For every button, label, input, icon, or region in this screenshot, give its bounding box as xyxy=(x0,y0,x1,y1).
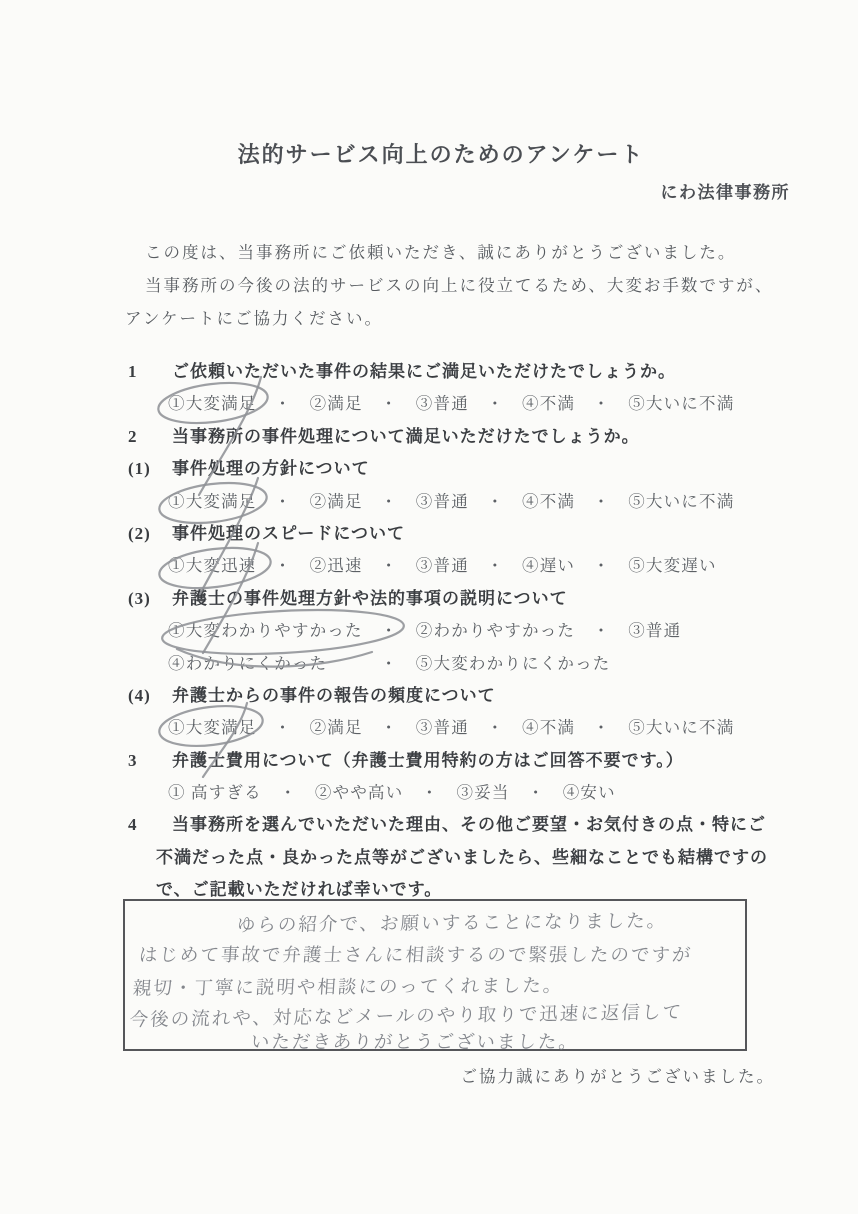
question-2-4-heading: (4)弁護士からの事件の報告の頻度について xyxy=(0,680,818,712)
free-response-box: ゆらの紹介で、お願いすることになりました。 はじめて事故で弁護士さんに相談するの… xyxy=(123,899,747,1051)
question-1-heading: 1ご依頼いただいた事件の結果にご満足いただけたでしょうか。 xyxy=(0,356,818,388)
subquestion-text: 事件処理のスピードについて xyxy=(172,524,405,543)
intro-paragraph: この度は、当事務所にご依頼いただき、誠にありがとうございました。 当事務所の今後… xyxy=(125,236,798,335)
intro-line: アンケートにご協力ください。 xyxy=(125,302,798,335)
subquestion-number: (2) xyxy=(128,518,172,550)
question-number: 3 xyxy=(128,745,172,777)
page-title: 法的サービス向上のためのアンケート xyxy=(12,138,858,169)
question-2-1-heading: (1)事件処理の方針について xyxy=(0,453,818,485)
question-2-3-options-row1: ①大変わかりやすかった ・ ②わかりやすかった ・ ③普通 xyxy=(0,615,818,647)
handwritten-line: 親切・丁寧に説明や相談にのってくれました。 xyxy=(132,971,564,1000)
handwritten-line: 今後の流れや、対応などメールのやり取りで迅速に返信して xyxy=(129,998,684,1032)
question-text: 当事務所を選んでいただいた理由、その他ご要望・お気付きの点・特にご xyxy=(172,815,766,834)
question-text: 当事務所の事件処理について満足いただけたでしょうか。 xyxy=(172,427,640,446)
subquestion-text: 弁護士の事件処理方針や法的事項の説明について xyxy=(172,589,568,608)
closing-note: ご協力誠にありがとうございました。 xyxy=(461,1063,776,1087)
question-text: 弁護士費用について（弁護士費用特約の方はご回答不要です。） xyxy=(172,751,684,770)
question-4-text-line: 不満だった点・良かった点等がございましたら、些細なことでも結構ですの xyxy=(0,842,818,874)
question-list: 1ご依頼いただいた事件の結果にご満足いただけたでしょうか。 ①大変満足 ・ ②満… xyxy=(0,356,818,907)
question-3-options: ① 高すぎる ・ ②やや高い ・ ③妥当 ・ ④安い xyxy=(0,777,818,809)
intro-line: この度は、当事務所にご依頼いただき、誠にありがとうございました。 xyxy=(125,236,798,269)
question-number: 1 xyxy=(128,356,172,388)
subquestion-text: 弁護士からの事件の報告の頻度について xyxy=(172,686,496,705)
question-2-3-heading: (3)弁護士の事件処理方針や法的事項の説明について xyxy=(0,583,818,615)
question-number: 4 xyxy=(128,809,172,841)
handwritten-line: ゆらの紹介で、お願いすることになりました。 xyxy=(236,907,668,938)
question-2-2-heading: (2)事件処理のスピードについて xyxy=(0,518,818,550)
handwritten-line: いただきありがとうございました。 xyxy=(250,1028,580,1054)
question-1-options: ①大変満足 ・ ②満足 ・ ③普通 ・ ④不満 ・ ⑤大いに不満 xyxy=(0,388,818,420)
handwritten-line: はじめて事故で弁護士さんに相談するので緊張したのですが xyxy=(138,941,693,967)
question-4-heading: 4当事務所を選んでいただいた理由、その他ご要望・お気付きの点・特にご xyxy=(0,809,818,841)
question-2-2-options: ①大変迅速 ・ ②迅速 ・ ③普通 ・ ④遅い ・ ⑤大変遅い xyxy=(0,550,818,582)
question-text: ご依頼いただいた事件の結果にご満足いただけたでしょうか。 xyxy=(172,362,676,381)
question-number: 2 xyxy=(128,421,172,453)
subquestion-number: (4) xyxy=(128,680,172,712)
question-2-3-options-row2: ④わかりにくかった ・ ⑤大変わかりにくかった xyxy=(0,648,818,680)
question-2-1-options: ①大変満足 ・ ②満足 ・ ③普通 ・ ④不満 ・ ⑤大いに不満 xyxy=(0,486,818,518)
subquestion-text: 事件処理の方針について xyxy=(172,459,370,478)
intro-line: 当事務所の今後の法的サービスの向上に役立てるため、大変お手数ですが、 xyxy=(125,269,798,302)
question-3-heading: 3弁護士費用について（弁護士費用特約の方はご回答不要です。） xyxy=(0,745,818,777)
subquestion-number: (1) xyxy=(128,453,172,485)
question-2-4-options: ①大変満足 ・ ②満足 ・ ③普通 ・ ④不満 ・ ⑤大いに不満 xyxy=(0,712,818,744)
office-name: にわ法律事務所 xyxy=(661,178,791,203)
subquestion-number: (3) xyxy=(128,583,172,615)
survey-document: 法的サービス向上のためのアンケート にわ法律事務所 この度は、当事務所にご依頼い… xyxy=(0,0,858,1214)
question-2-heading: 2当事務所の事件処理について満足いただけたでしょうか。 xyxy=(0,421,818,453)
